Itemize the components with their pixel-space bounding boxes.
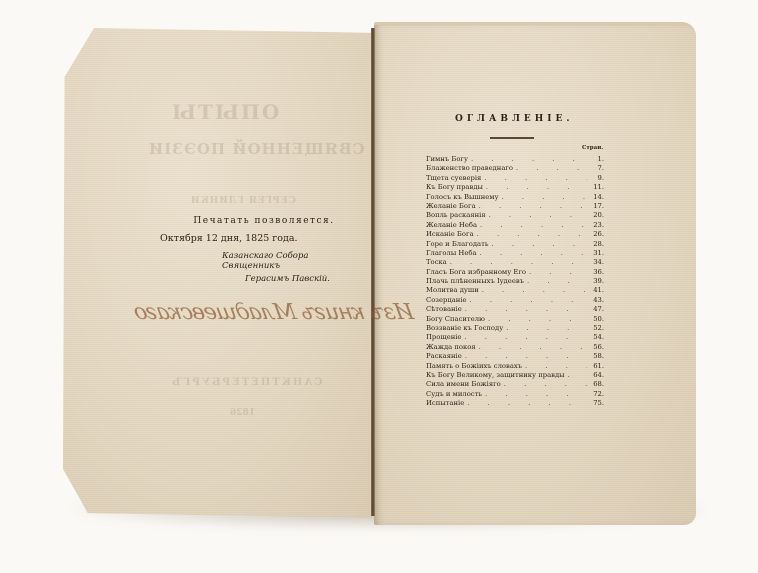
toc-leader-dots: . . . . . . . . . . . . . . . . . .: [450, 258, 587, 267]
toc-entry: Глаголы Неба . . . . . . . . . . . . . .…: [426, 249, 604, 258]
toc-entry-page: 75.: [590, 399, 604, 408]
toc-leader-dots: . . . . . . . . . . . . . . . . . .: [470, 296, 587, 305]
toc-entry-page: 36.: [590, 268, 604, 277]
toc-leader-dots: . . . . . . . . . . . . . . . . . .: [502, 193, 587, 202]
toc-entry-title: Горе и Благодать: [426, 240, 489, 249]
toc-entry-title: Прощеніе: [426, 333, 461, 342]
toc-entry: Созерцаніе . . . . . . . . . . . . . . .…: [426, 296, 604, 305]
toc-leader-dots: . . . . . . . . . . . . . . . . . .: [504, 380, 587, 389]
toc-entry-title: Судъ и милость: [426, 390, 482, 399]
toc-entry-title: Исканіе Бога: [426, 230, 474, 239]
toc-entry-title: Голосъ къ Вышнему: [426, 193, 499, 202]
toc-entry-page: 41.: [590, 286, 604, 295]
toc-entry: Желаніе Бога . . . . . . . . . . . . . .…: [426, 202, 604, 211]
toc-entry-page: 17.: [590, 202, 604, 211]
toc-entry-page: 23.: [590, 221, 604, 230]
toc-entry-page: 52.: [590, 324, 604, 333]
toc-entry: Вопль раскаянія . . . . . . . . . . . . …: [426, 211, 604, 220]
bleedthrough-author: СЕРГЕЯ ГЛИНКИ: [190, 196, 296, 206]
toc-entry: Воззваніе къ Господу . . . . . . . . . .…: [426, 324, 604, 333]
toc-entry-page: 61.: [590, 362, 604, 371]
toc-entry: Раскаяніе . . . . . . . . . . . . . . . …: [426, 352, 604, 361]
censor-title: Казанскаго Собора Священникъ: [222, 251, 360, 271]
toc-entry-page: 72.: [590, 390, 604, 399]
toc-entry-page: 56.: [590, 343, 604, 352]
censor-approval: Печатать позволяется. Октября 12 дня, 18…: [140, 216, 360, 284]
toc-leader-dots: . . . . . . . . . . . . . . . . . .: [465, 305, 587, 314]
toc-entry-title: Воззваніе къ Господу: [426, 324, 503, 333]
toc-entry: Жажда покоя . . . . . . . . . . . . . . …: [426, 343, 604, 352]
toc-entry: Къ Богу Великому, защитнику правды . . .…: [426, 371, 604, 380]
toc-entry-page: 47.: [590, 305, 604, 314]
toc-entry-page: 34.: [590, 258, 604, 267]
toc-entry: Сила имени Божіяго . . . . . . . . . . .…: [426, 380, 604, 389]
toc-divider: [490, 137, 534, 139]
toc-entry-title: Къ Богу Великому, защитнику правды: [426, 371, 565, 380]
bleedthrough-subtitle: СВЯЩЕННОЙ ПОЭЗІИ: [148, 140, 365, 158]
toc-entry-page: 20.: [590, 211, 604, 220]
toc-title: ОГЛАВЛЕНІЕ.: [455, 114, 573, 124]
toc-entry: Горе и Благодать . . . . . . . . . . . .…: [426, 240, 604, 249]
toc-entry: Плачь плѣненныхъ Іудеевъ . . . . . . . .…: [426, 277, 604, 286]
toc-leader-dots: . . . . . . . . . . . . . . . . . .: [471, 155, 587, 164]
toc-entry-title: Раскаяніе: [426, 352, 462, 361]
toc-entry-page: 68.: [590, 380, 604, 389]
toc-entry: Память о Божіихъ словахъ . . . . . . . .…: [426, 362, 604, 371]
censor-name: Герасимъ Павскій.: [245, 274, 360, 284]
toc-leader-dots: . . . . . . . . . . . . . . . . . .: [486, 183, 587, 192]
toc-entry-page: 50.: [590, 315, 604, 324]
toc-entry-page: 7.: [590, 164, 604, 173]
toc-entry-title: Гласъ Бога избранному Его: [426, 268, 526, 277]
toc-entry-page: 9.: [590, 174, 604, 183]
toc-entry-title: Плачь плѣненныхъ Іудеевъ: [426, 277, 524, 286]
toc-entry-page: 31.: [590, 249, 604, 258]
toc-entry-page: 54.: [590, 333, 604, 342]
toc-entry: Испытаніе . . . . . . . . . . . . . . . …: [426, 399, 604, 408]
toc-entry-page: 28.: [590, 240, 604, 249]
bleedthrough-year: 1826: [230, 408, 255, 418]
toc-entry-page: 11.: [590, 183, 604, 192]
toc-leader-dots: . . . . . . . . . . . . . . . . . .: [488, 315, 587, 324]
toc-entry-title: Богу Спасителю: [426, 315, 485, 324]
toc-entry: Судъ и милость . . . . . . . . . . . . .…: [426, 390, 604, 399]
toc-entry-page: 26.: [590, 230, 604, 239]
toc-entry-title: Желаніе Бога: [426, 202, 476, 211]
toc-leader-dots: . . . . . . . . . . . . . . . . . .: [492, 240, 587, 249]
toc-leader-dots: . . . . . . . . . . . . . . . . . .: [529, 268, 587, 277]
toc-entry-title: Сила имени Божіяго: [426, 380, 501, 389]
toc-leader-dots: . . . . . . . . . . . . . . . . . .: [484, 174, 587, 183]
censor-permission: Печатать позволяется.: [168, 216, 360, 226]
toc-entry-page: 43.: [590, 296, 604, 305]
toc-list: Гимнъ Богу . . . . . . . . . . . . . . .…: [426, 155, 604, 409]
toc-entry-title: Созерцаніе: [426, 296, 467, 305]
toc-entry-page: 64.: [590, 371, 604, 380]
toc-leader-dots: . . . . . . . . . . . . . . . . . .: [464, 333, 587, 342]
toc-entry: Тоска . . . . . . . . . . . . . . . . . …: [426, 258, 604, 267]
toc-entry: Тщета суеверія . . . . . . . . . . . . .…: [426, 174, 604, 183]
toc-leader-dots: . . . . . . . . . . . . . . . . . .: [477, 230, 587, 239]
toc-entry-title: Жажда покоя: [426, 343, 476, 352]
toc-leader-dots: . . . . . . . . . . . . . . . . . .: [465, 352, 587, 361]
toc-leader-dots: . . . . . . . . . . . . . . . . . .: [489, 211, 587, 220]
toc-leader-dots: . . . . . . . . . . . . . . . . . .: [482, 286, 587, 295]
toc-entry-title: Память о Божіихъ словахъ: [426, 362, 522, 371]
toc-entry-page: 58.: [590, 352, 604, 361]
toc-entry-title: Къ Богу правды: [426, 183, 483, 192]
toc-leader-dots: . . . . . . . . . . . . . . . . . .: [480, 221, 587, 230]
toc-entry: Къ Богу правды . . . . . . . . . . . . .…: [426, 183, 604, 192]
toc-entry: Сѣтованіе . . . . . . . . . . . . . . . …: [426, 305, 604, 314]
toc-entry-page: 39.: [590, 277, 604, 286]
toc-leader-dots: . . . . . . . . . . . . . . . . . .: [525, 362, 587, 371]
toc-entry-title: Испытаніе: [426, 399, 464, 408]
toc-entry-title: Тщета суеверія: [426, 174, 481, 183]
censor-date: Октября 12 дня, 1825 года.: [160, 233, 360, 244]
toc-entry-title: Гимнъ Богу: [426, 155, 468, 164]
toc-leader-dots: . . . . . . . . . . . . . . . . . .: [527, 277, 587, 286]
toc-leader-dots: . . . . . . . . . . . . . . . . . .: [467, 399, 587, 408]
toc-entry: Гимнъ Богу . . . . . . . . . . . . . . .…: [426, 155, 604, 164]
toc-entry: Желаніе Неба . . . . . . . . . . . . . .…: [426, 221, 604, 230]
toc-leader-dots: . . . . . . . . . . . . . . . . . .: [516, 164, 587, 173]
toc-leader-dots: . . . . . . . . . . . . . . . . . .: [480, 249, 587, 258]
toc-entry: Блаженство праведнаго . . . . . . . . . …: [426, 164, 604, 173]
toc-entry-title: Сѣтованіе: [426, 305, 462, 314]
toc-leader-dots: . . . . . . . . . . . . . . . . . .: [506, 324, 587, 333]
bleedthrough-title: ОПЫТЫ: [170, 100, 279, 124]
toc-entry-title: Блаженство праведнаго: [426, 164, 513, 173]
toc-leader-dots: . . . . . . . . . . . . . . . . . .: [479, 202, 587, 211]
toc-leader-dots: . . . . . . . . . . . . . . . . . .: [485, 390, 587, 399]
bleedthrough-city: САНКТПЕТЕРБУРГЪ: [170, 377, 322, 388]
toc-entry-title: Вопль раскаянія: [426, 211, 486, 220]
toc-entry: Голосъ къ Вышнему . . . . . . . . . . . …: [426, 193, 604, 202]
toc-entry-title: Глаголы Неба: [426, 249, 477, 258]
toc-entry: Исканіе Бога . . . . . . . . . . . . . .…: [426, 230, 604, 239]
toc-entry: Гласъ Бога избранному Его . . . . . . . …: [426, 268, 604, 277]
toc-entry-title: Молитва души: [426, 286, 479, 295]
toc-entry: Прощеніе . . . . . . . . . . . . . . . .…: [426, 333, 604, 342]
ownership-signature: Изъ книгъ Младшевскаго: [133, 300, 416, 325]
toc-entry-title: Тоска: [426, 258, 447, 267]
book-gutter: [371, 28, 375, 516]
toc-leader-dots: . . . . . . . . . . . . . . . . . .: [479, 343, 587, 352]
toc-entry: Молитва души . . . . . . . . . . . . . .…: [426, 286, 604, 295]
toc-entry-page: 1.: [590, 155, 604, 164]
toc-page-column-label: Стран.: [582, 145, 603, 151]
toc-entry-title: Желаніе Неба: [426, 221, 477, 230]
toc-entry: Богу Спасителю . . . . . . . . . . . . .…: [426, 315, 604, 324]
toc-entry-page: 14.: [590, 193, 604, 202]
toc-leader-dots: . . . . . . . . . . . . . . . . . .: [568, 371, 587, 380]
